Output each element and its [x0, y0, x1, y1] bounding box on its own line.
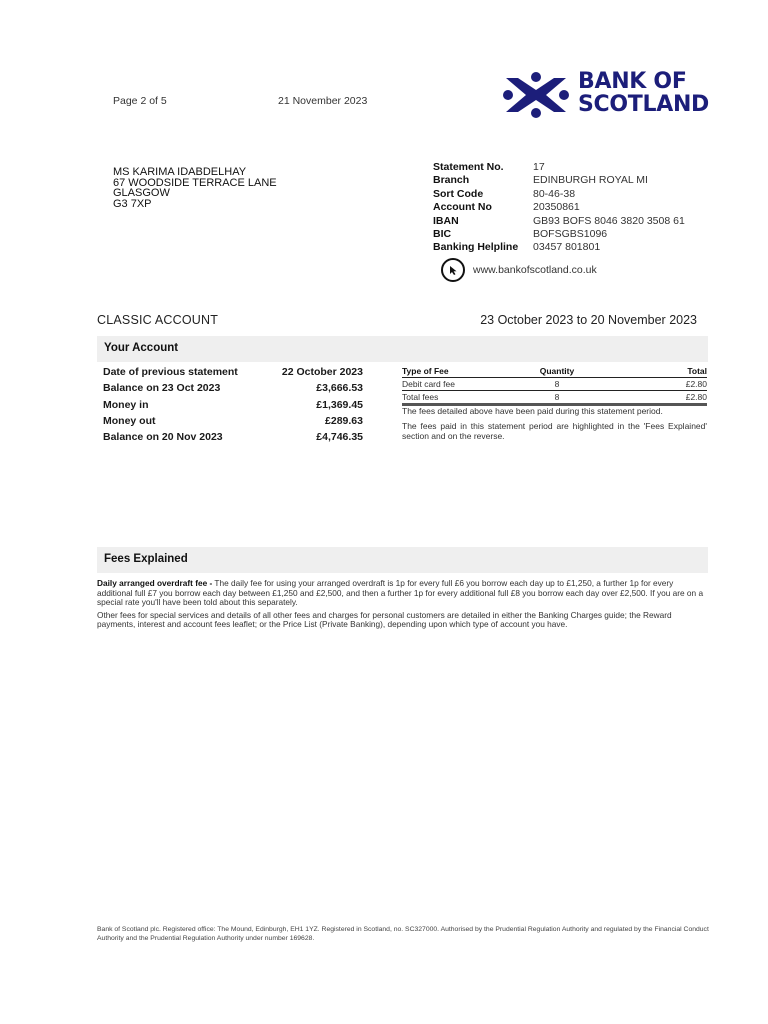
address-line: GLASGOW: [113, 188, 277, 199]
summary-label: Date of previous statement: [103, 366, 238, 382]
account-details: Statement No.17 BranchEDINBURGH ROYAL MI…: [433, 161, 685, 255]
section-title: Fees Explained: [104, 553, 188, 565]
bank-wordmark: BANK OF SCOTLAND: [578, 70, 709, 116]
detail-value: EDINBURGH ROYAL MI: [533, 174, 648, 187]
detail-value: 17: [533, 161, 545, 174]
detail-label: Statement No.: [433, 161, 533, 174]
fee-total: £2.80: [647, 379, 707, 389]
fees-explained-text: Daily arranged overdraft fee - The daily…: [97, 579, 709, 633]
column-header: Type of Fee: [402, 366, 527, 376]
legal-footer: Bank of Scotland plc. Registered office:…: [97, 925, 717, 943]
section-title: Your Account: [104, 342, 178, 354]
fee-quantity: 8: [527, 379, 587, 389]
detail-label: Account No: [433, 201, 533, 214]
summary-value: 22 October 2023: [282, 366, 363, 382]
account-type: CLASSIC ACCOUNT: [97, 313, 218, 327]
statement-date: 21 November 2023: [278, 95, 367, 107]
detail-label: BIC: [433, 228, 533, 241]
summary-row: Money out£289.63: [103, 415, 363, 431]
summary-row: Balance on 20 Nov 2023£4,746.35: [103, 431, 363, 447]
statement-period: 23 October 2023 to 20 November 2023: [480, 313, 697, 327]
summary-value: £4,746.35: [316, 431, 363, 447]
saltire-logo-icon: [502, 70, 570, 120]
summary-label: Balance on 23 Oct 2023: [103, 382, 220, 398]
detail-label: IBAN: [433, 215, 533, 228]
detail-row: Sort Code80-46-38: [433, 188, 685, 201]
table-row: Debit card fee 8 £2.80: [402, 378, 707, 391]
summary-row: Date of previous statement22 October 202…: [103, 366, 363, 382]
fees-explained-header: Fees Explained: [97, 547, 708, 573]
bank-logo: BANK OF SCOTLAND: [502, 70, 712, 122]
cursor-click-icon: [441, 258, 465, 282]
detail-value: GB93 BOFS 8046 3820 3508 61: [533, 215, 685, 228]
fee-total: £2.80: [647, 392, 707, 402]
summary-row: Balance on 23 Oct 2023£3,666.53: [103, 382, 363, 398]
brand-line-2: SCOTLAND: [578, 93, 709, 116]
detail-row: Banking Helpline03457 801801: [433, 241, 685, 254]
column-header: Total: [647, 366, 707, 376]
detail-label: Branch: [433, 174, 533, 187]
column-header: Quantity: [527, 366, 587, 376]
your-account-header: Your Account: [97, 336, 708, 362]
address-line: MS KARIMA IDABDELHAY: [113, 167, 277, 178]
fee-type: Total fees: [402, 392, 527, 402]
website-link[interactable]: www.bankofscotland.co.uk: [441, 258, 597, 282]
website-url[interactable]: www.bankofscotland.co.uk: [473, 264, 597, 276]
detail-value: 03457 801801: [533, 241, 600, 254]
detail-row: IBANGB93 BOFS 8046 3820 3508 61: [433, 215, 685, 228]
brand-line-1: BANK OF: [578, 70, 709, 93]
fee-quantity: 8: [527, 392, 587, 402]
fee-table-header: Type of Fee Quantity Total: [402, 366, 707, 378]
paragraph-lead: Daily arranged overdraft fee -: [97, 578, 212, 588]
overdraft-fee-paragraph: Daily arranged overdraft fee - The daily…: [97, 579, 709, 608]
detail-row: Statement No.17: [433, 161, 685, 174]
address-line: G3 7XP: [113, 199, 277, 210]
account-summary: Date of previous statement22 October 202…: [103, 366, 363, 447]
customer-address: MS KARIMA IDABDELHAY 67 WOODSIDE TERRACE…: [113, 167, 277, 209]
detail-row: BICBOFSGBS1096: [433, 228, 685, 241]
summary-label: Balance on 20 Nov 2023: [103, 431, 223, 447]
summary-value: £1,369.45: [316, 399, 363, 415]
other-fees-paragraph: Other fees for special services and deta…: [97, 611, 709, 630]
summary-value: £3,666.53: [316, 382, 363, 398]
fee-type: Debit card fee: [402, 379, 527, 389]
summary-value: £289.63: [325, 415, 363, 431]
summary-label: Money in: [103, 399, 149, 415]
detail-label: Sort Code: [433, 188, 533, 201]
summary-label: Money out: [103, 415, 156, 431]
detail-value: 80-46-38: [533, 188, 575, 201]
detail-value: 20350861: [533, 201, 580, 214]
detail-label: Banking Helpline: [433, 241, 533, 254]
detail-value: BOFSGBS1096: [533, 228, 607, 241]
detail-row: BranchEDINBURGH ROYAL MI: [433, 174, 685, 187]
detail-row: Account No20350861: [433, 201, 685, 214]
summary-row: Money in£1,369.45: [103, 399, 363, 415]
table-row: Total fees 8 £2.80: [402, 391, 707, 406]
fee-note: The fees detailed above have been paid d…: [402, 406, 707, 416]
fee-note: The fees paid in this statement period a…: [402, 421, 707, 441]
fee-table: Type of Fee Quantity Total Debit card fe…: [402, 366, 707, 406]
page-number: Page 2 of 5: [113, 95, 167, 107]
